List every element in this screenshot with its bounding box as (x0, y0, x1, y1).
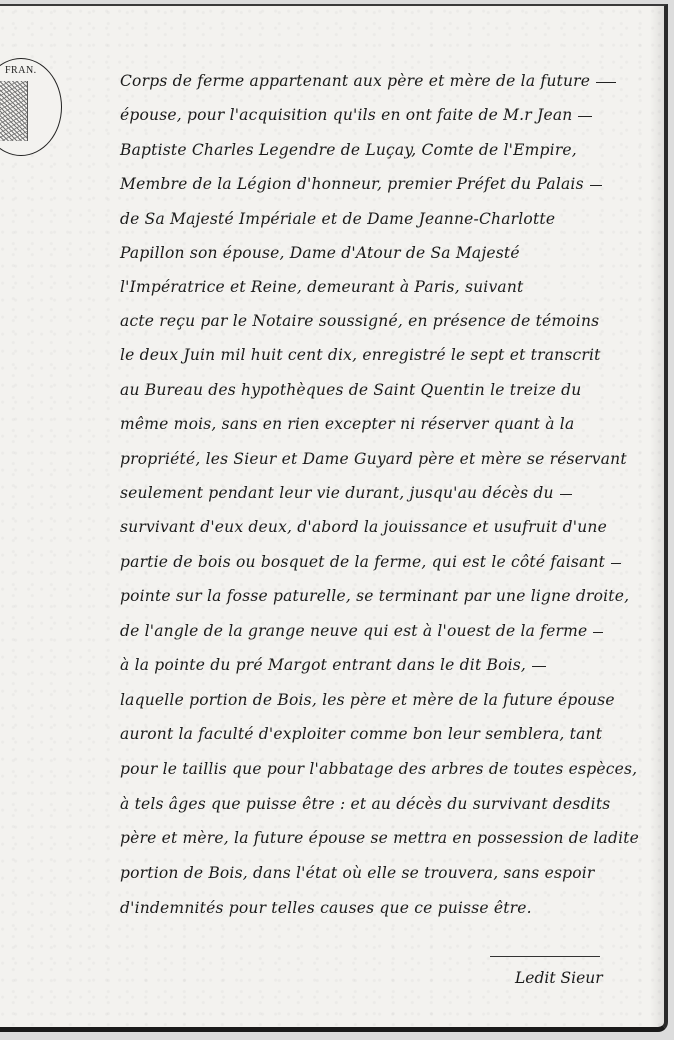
text-line: partie de bois ou bosquet de la ferme, q… (120, 553, 640, 583)
text-line: Baptiste Charles Legendre de Luçay, Comt… (120, 141, 640, 171)
text-line: de l'angle de la grange neuve qui est à … (120, 622, 640, 652)
text-line: d'indemnités pour telles causes que ce p… (120, 899, 640, 929)
text-line: Corps de ferme appartenant aux père et m… (120, 72, 640, 102)
document-page: FRAN. Corps de ferme appartenant aux pèr… (0, 4, 668, 1032)
text-line: à tels âges que puisse être : et au décè… (120, 795, 640, 825)
text-line: portion de Bois, dans l'état où elle se … (120, 864, 640, 894)
text-line: pour le taillis que pour l'abbatage des … (120, 760, 640, 790)
text-line: père et mère, la future épouse se mettra… (120, 829, 640, 859)
text-line: à la pointe du pré Margot entrant dans l… (120, 656, 640, 686)
stamp-engraving (0, 81, 28, 141)
stamp-label: FRAN. (5, 65, 37, 76)
text-line: auront la faculté d'exploiter comme bon … (120, 725, 640, 755)
text-line: épouse, pour l'acquisition qu'ils en ont… (120, 106, 640, 136)
closing-catchword: Ledit Sieur (515, 969, 603, 987)
page-edge-shadow (650, 6, 664, 1027)
closing-flourish (490, 956, 600, 957)
text-line: survivant d'eux deux, d'abord la jouissa… (120, 518, 640, 548)
text-line: acte reçu par le Notaire soussigné, en p… (120, 312, 640, 342)
text-line: au Bureau des hypothèques de Saint Quent… (120, 381, 640, 411)
text-line: Papillon son épouse, Dame d'Atour de Sa … (120, 244, 640, 274)
tax-stamp-seal-icon: FRAN. (0, 58, 62, 156)
text-line: Membre de la Légion d'honneur, premier P… (120, 175, 640, 205)
text-line: seulement pendant leur vie durant, jusqu… (120, 484, 640, 514)
text-line: de Sa Majesté Impériale et de Dame Jeann… (120, 210, 640, 240)
text-line: pointe sur la fosse paturelle, se termin… (120, 587, 640, 617)
text-line: l'Impératrice et Reine, demeurant à Pari… (120, 278, 640, 308)
text-line: propriété, les Sieur et Dame Guyard père… (120, 450, 640, 480)
text-line: même mois, sans en rien excepter ni rése… (120, 415, 640, 445)
text-line: laquelle portion de Bois, les père et mè… (120, 691, 640, 721)
text-line: le deux Juin mil huit cent dix, enregist… (120, 346, 640, 376)
